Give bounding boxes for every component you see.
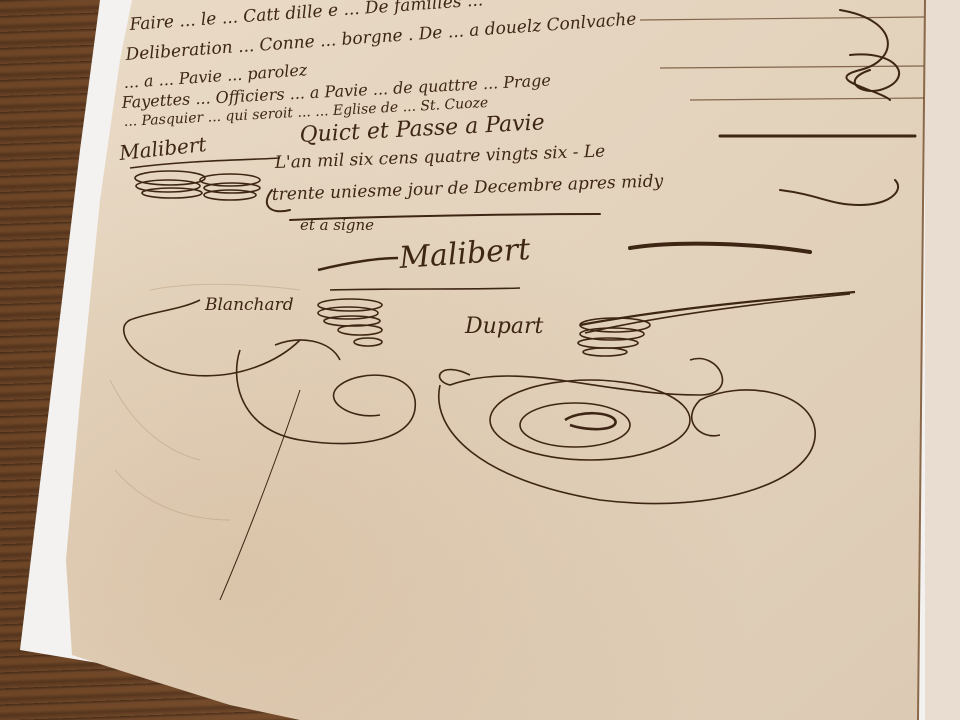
adjacent-page (925, 0, 960, 720)
svg-text:Blanchard: Blanchard (204, 295, 294, 315)
photo-stage: Faire ... le ... Catt dille e ... De fam… (0, 0, 960, 720)
svg-text:Dupart: Dupart (464, 314, 544, 339)
manuscript-photo: Faire ... le ... Catt dille e ... De fam… (0, 0, 960, 720)
